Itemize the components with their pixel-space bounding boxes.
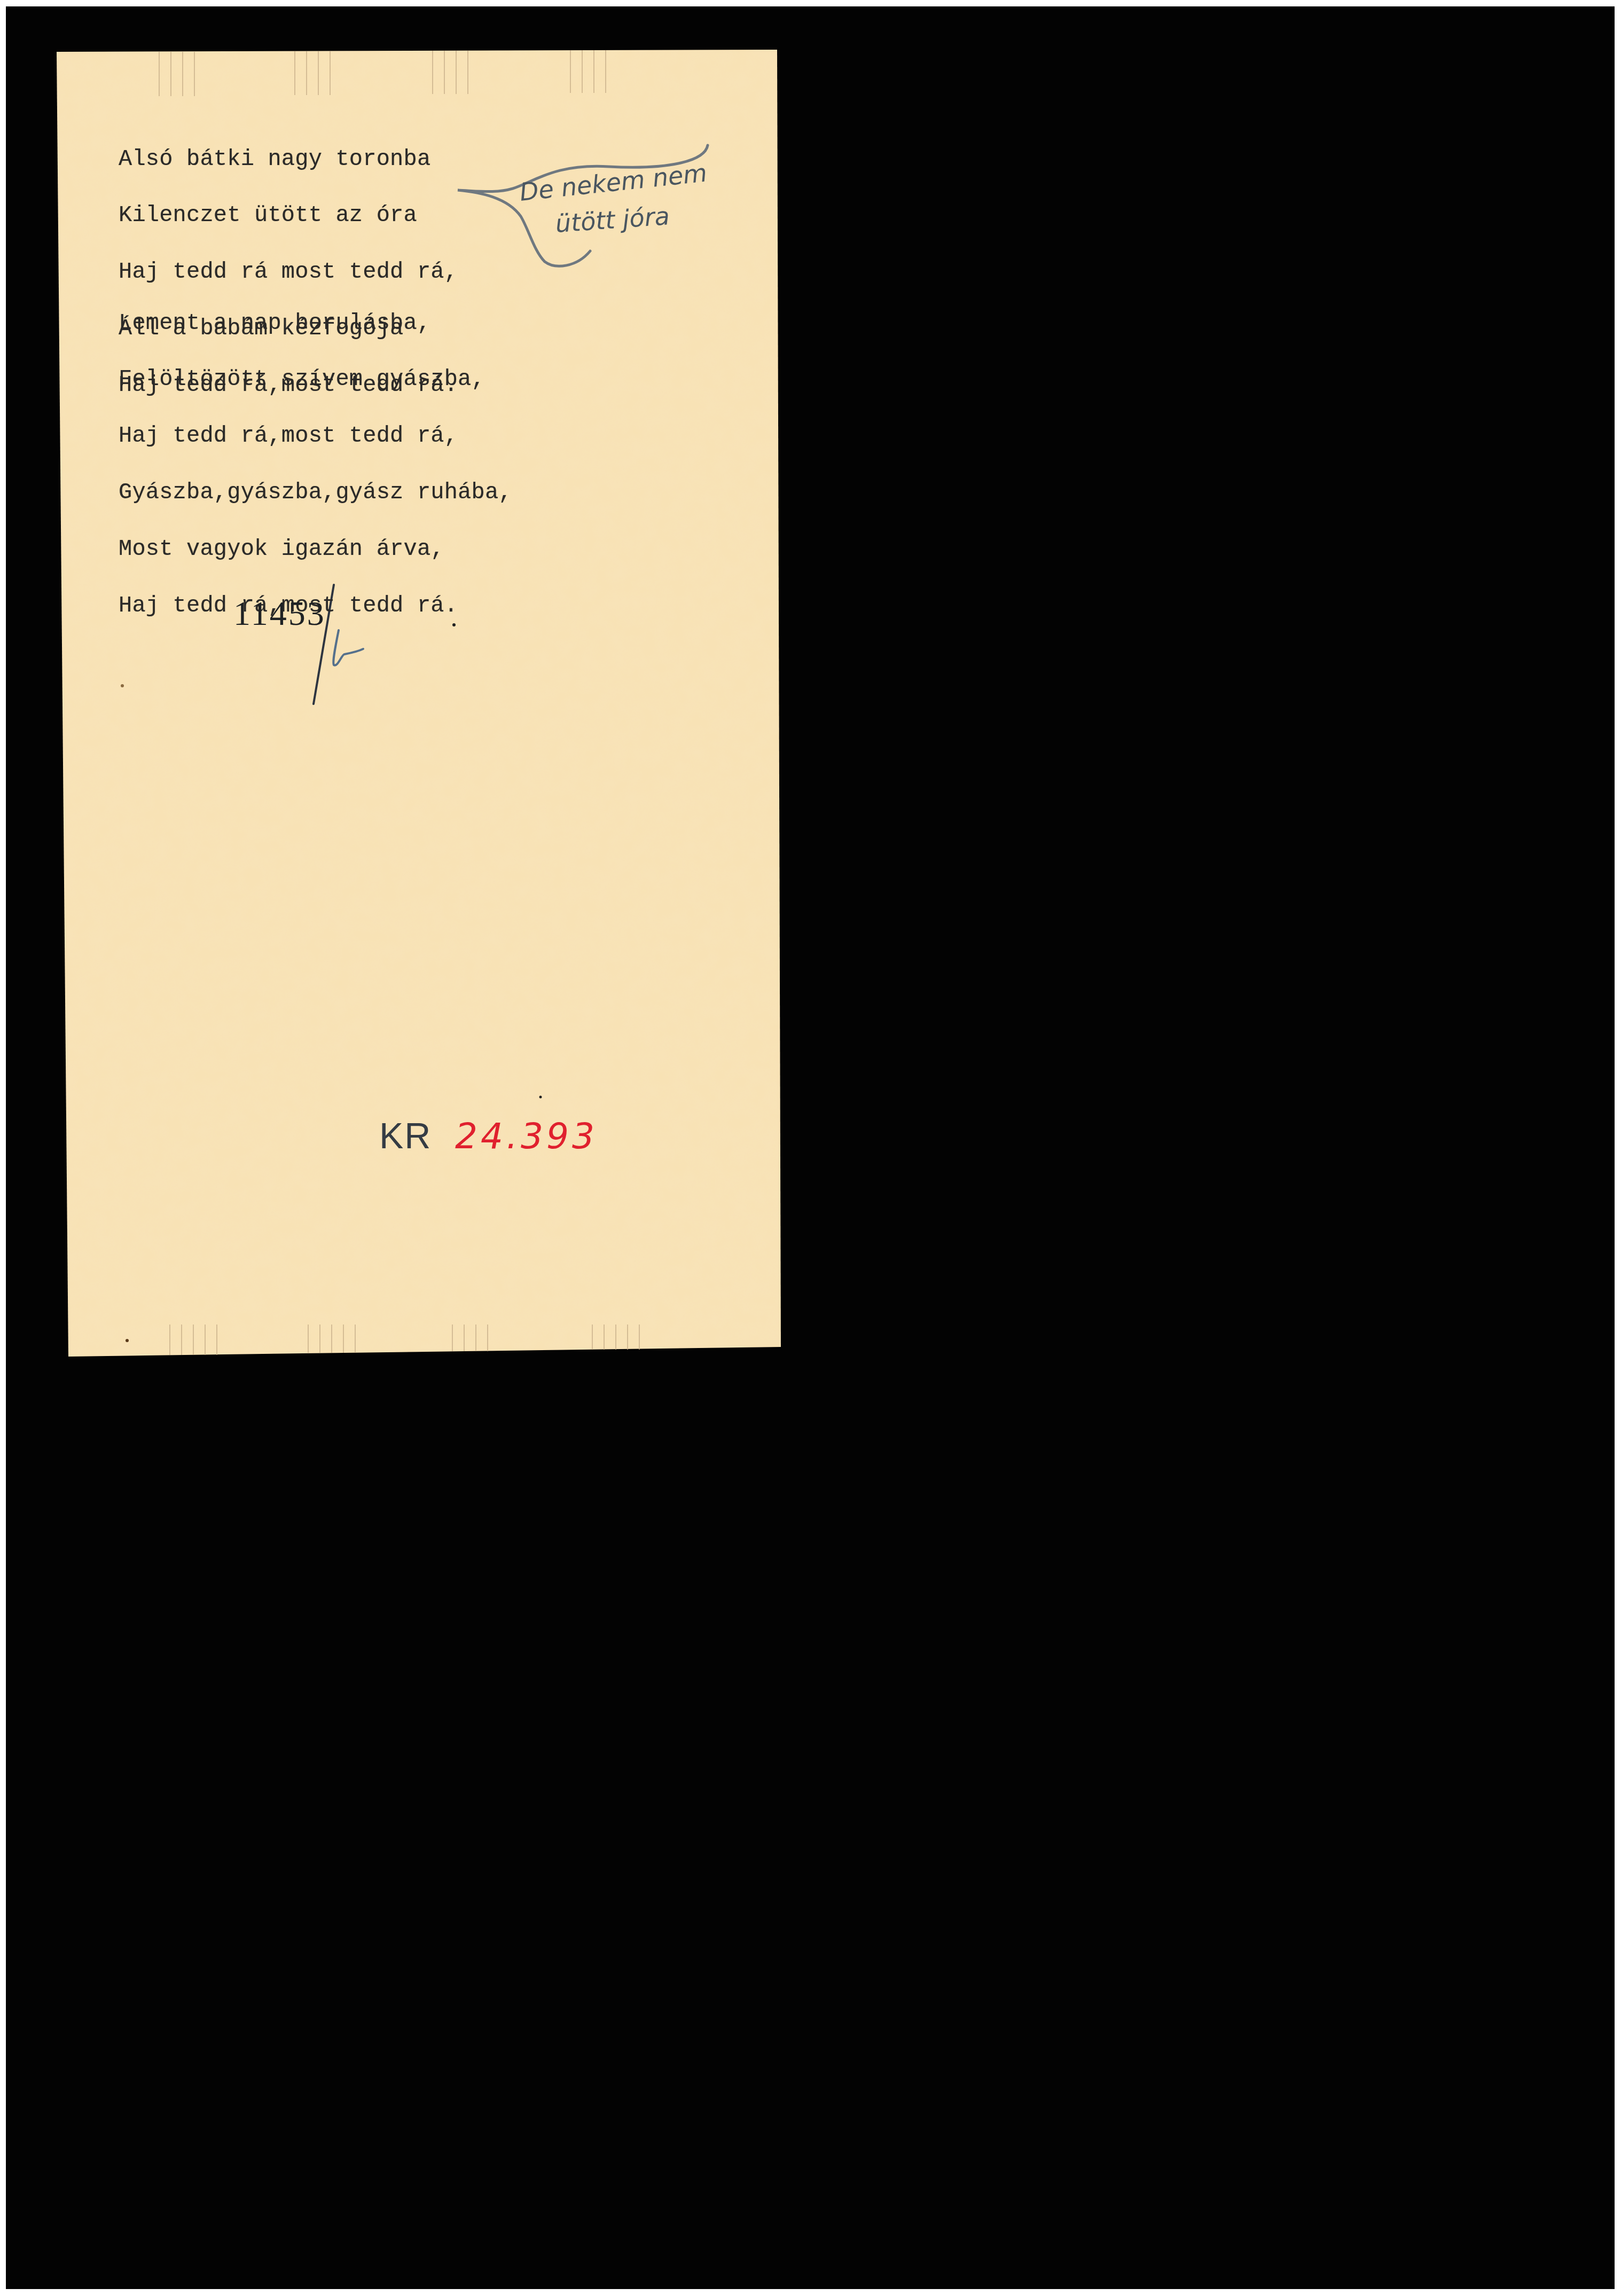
catalog-prefix: KR [379, 1118, 432, 1154]
poem-line: Alsó bátki nagy toronba [119, 150, 458, 169]
poem-line: Most vagyok igazán árva, [119, 540, 512, 559]
poem-line: Lement a nap borulásba, [119, 314, 512, 333]
poem-line: Felöltözött szívem gyászba, [119, 370, 512, 389]
catalog-number: 24.393 [455, 1119, 598, 1154]
poem-stanza-2: Lement a nap borulásba, Felöltözött szív… [119, 276, 512, 634]
poem-line: Gyászba,gyászba,gyász ruhába, [119, 483, 512, 502]
archive-number: 11453 [233, 597, 326, 631]
poem-line: Kilenczet ütött az óra [119, 206, 458, 225]
poem-line: Haj tedd rá,most tedd rá, [119, 427, 512, 445]
